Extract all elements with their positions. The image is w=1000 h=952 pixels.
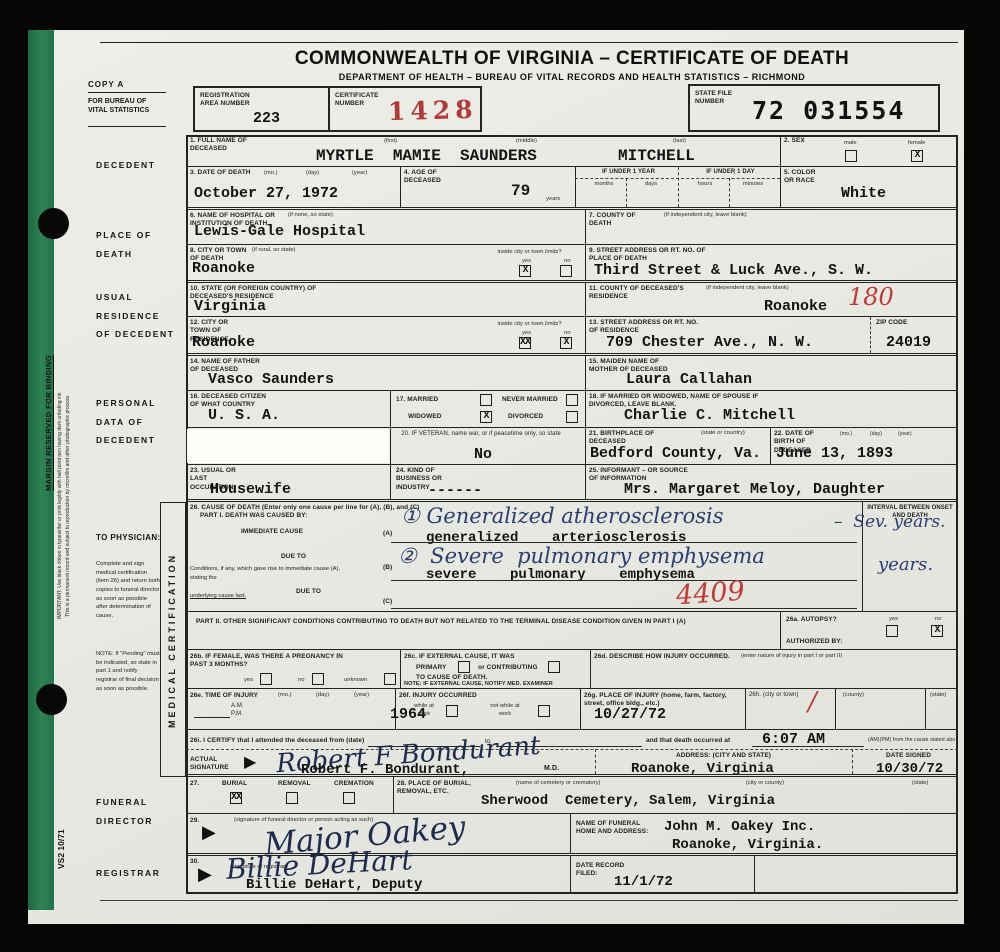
removal-caption: REMOVAL	[278, 780, 311, 788]
hours-caption: hours	[684, 181, 726, 189]
registration-area-box: REGISTRATION AREA NUMBER 223	[193, 86, 330, 132]
certificate-title: COMMONWEALTH OF VIRGINIA – CERTIFICATE O…	[186, 48, 958, 70]
line-a-caption: (A)	[383, 530, 392, 538]
autopsy-no-checkbox: X	[931, 625, 943, 637]
medical-certification-label: MEDICAL CERTIFICATION	[167, 509, 177, 772]
row-certification: 26i. I CERTIFY that I attended the decea…	[186, 730, 958, 777]
red-slash-handwritten: /	[808, 687, 817, 717]
inj-mo-caption: (mo.)	[278, 692, 292, 700]
funeral-home-label: NAME OF FUNERAL HOME AND ADDRESS:	[576, 820, 656, 837]
external-cause-note: NOTE: IF EXTERNAL CAUSE, NOTIFY MED. EXA…	[404, 681, 553, 688]
dob-year-caption: (year)	[898, 431, 912, 438]
row-cause-of-death: 26. CAUSE OF DEATH (Enter only one cause…	[186, 502, 958, 612]
punch-hole-top	[38, 208, 69, 239]
physician-address-value: Roanoke, Virginia	[631, 761, 774, 777]
divorced-checkbox	[566, 411, 578, 423]
field4-label: 4. AGE OF DECEASED	[404, 169, 454, 186]
margin-important-line1: IMPORTANT: Use black ribbon in typewrite…	[57, 278, 63, 733]
limits-no-checkbox	[560, 265, 572, 277]
female-caption: female	[908, 140, 925, 148]
inj-state-caption: (state)	[930, 692, 946, 700]
funeral-home-line2: Roanoke, Virginia.	[672, 837, 823, 853]
actual-signature-label: ACTUAL SIGNATURE	[190, 756, 235, 773]
row-city-of-death: 8. CITY OR TOWN OF DEATH (if rural, so s…	[186, 245, 958, 283]
residence-county-value: Roanoke	[764, 298, 827, 315]
burial-place-value: Sherwood Cemetery, Salem, Virginia	[481, 793, 775, 809]
limits-question-death: inside city or town limits?	[482, 249, 577, 257]
divorced-caption: DIVORCED	[508, 413, 543, 421]
full-name-value: MYRTLE MAMIE SAUNDERS	[316, 147, 537, 165]
spouse-value: Charlie C. Mitchell	[624, 407, 795, 424]
autopsy-no-caption: no	[935, 616, 941, 624]
registrar-name-typed: Billie DeHart, Deputy	[246, 877, 422, 893]
primary-checkbox	[458, 661, 470, 673]
field7-note: (if independent city, leave blank)	[664, 212, 747, 220]
zip-label: ZIP CODE	[876, 319, 907, 327]
male-checkbox	[845, 150, 857, 162]
row-full-name: 1. FULL NAME OF DECEASED (first) (middle…	[186, 135, 958, 167]
burial-checkbox: XX	[230, 792, 242, 804]
male-caption: male	[844, 140, 857, 148]
mother-value: Laura Callahan	[626, 371, 752, 388]
limits-yes-checkbox: X	[519, 265, 531, 277]
widowed-caption: WIDOWED	[408, 413, 442, 421]
field21-note: (state or country)	[701, 430, 745, 438]
preg-unknown-checkbox	[384, 673, 396, 685]
margin-important-line2: This is a permanent record and subject t…	[65, 278, 71, 733]
informant-value: Mrs. Margaret Meloy, Daughter	[624, 481, 885, 498]
field8-note: (if rural, so state)	[252, 247, 296, 255]
side-label-registrar: REGISTRAR	[96, 864, 160, 883]
age-value: 79	[511, 182, 530, 200]
date-signed-value: 10/30/72	[876, 761, 943, 777]
preg-no-checkbox	[312, 673, 324, 685]
date-of-death-value: October 27, 1972	[194, 185, 338, 202]
bottom-rule	[100, 900, 958, 901]
field28-label: 28. PLACE OF BURIAL, REMOVAL, ETC.	[397, 780, 487, 797]
street-of-death-value: Third Street & Luck Ave., S. W.	[594, 262, 873, 279]
preg-no-caption: no	[298, 677, 304, 685]
physician-name-typed: Robert F. Bondurant,	[301, 762, 469, 778]
row-residence-state: 10. STATE (OR FOREIGN COUNTRY) OF DECEAS…	[186, 283, 958, 317]
inj-day-caption: (day)	[316, 692, 329, 700]
field27-label: 27.	[190, 780, 199, 788]
field29-label: 29.	[190, 817, 199, 825]
funeral-home-line1: John M. Oakey Inc.	[664, 819, 815, 835]
row-injury: 26e. TIME OF INJURY (mo.) (day) (year) A…	[186, 689, 958, 730]
months-caption: months	[584, 181, 624, 189]
am-caption: A.M.	[231, 703, 244, 711]
occurred-at-caption: and that death occurred at	[646, 737, 730, 745]
immediate-cause-label: IMMEDIATE CAUSE	[241, 528, 303, 536]
business-value: ------	[428, 482, 482, 499]
row-marital: 16. DECEASED CITIZEN OF WHAT COUNTRY U. …	[186, 391, 958, 428]
field26d-note: (enter nature of injury in part I or par…	[741, 653, 842, 661]
interval-b-handwritten: years.	[878, 554, 933, 575]
pending-note: NOTE: If "Pending" must be indicated, so…	[96, 650, 160, 693]
hospital-value: Lewis-Gale Hospital	[194, 223, 365, 240]
citizen-value: U. S. A.	[208, 407, 280, 424]
field1-label: 1. FULL NAME OF DECEASED	[190, 137, 260, 154]
row-hospital: 6. NAME OF HOSPITAL OR INSTITUTION OF DE…	[186, 210, 958, 245]
certificate-number-stamp: 1428	[388, 95, 478, 126]
field11-note: (if independent city, leave blank)	[706, 285, 789, 293]
interval-a-handwritten: – Sev. years.	[834, 512, 945, 532]
attended-to-value: 10/27/72	[594, 706, 666, 723]
row-residence-city: 12. CITY OR TOWN OF RESIDENCE Roanoke in…	[186, 317, 958, 356]
minutes-caption: minutes	[731, 181, 775, 189]
side-label-funeral-director: FUNERAL DIRECTOR	[96, 793, 166, 830]
years-caption: years	[546, 196, 560, 204]
redacted-field19	[187, 429, 389, 463]
not-while-at-work-checkbox	[538, 705, 550, 717]
not-while-at-work-caption: not while at work	[486, 703, 524, 718]
certificate-number-label: CERTIFICATE NUMBER	[335, 92, 385, 109]
part1-label: PART I. DEATH WAS CAUSED BY:	[200, 512, 308, 520]
field20-label: 20. IF VETERAN, name war, or if peacetim…	[401, 431, 561, 439]
ampm-note: (AM)(PM) from the cause stated abo	[868, 737, 955, 744]
field28-note2: (city or county)	[746, 780, 784, 788]
field3-label: 3. DATE OF DEATH	[190, 169, 251, 177]
day-caption: (day)	[306, 170, 319, 178]
conditions-note-underlined: underlying cause last.	[190, 592, 246, 601]
date-filed-value: 11/1/72	[614, 874, 673, 890]
removal-checkbox	[286, 792, 298, 804]
days-caption: days	[631, 181, 671, 189]
field7-label: 7. COUNTY OF DEATH	[589, 212, 644, 229]
residence-county-code-handwritten: 180	[848, 283, 894, 311]
due-to-2: DUE TO	[296, 588, 321, 596]
copy-for-line1: FOR BUREAU OF	[88, 98, 146, 105]
burial-caption: BURIAL	[222, 780, 247, 788]
zip-value: 24019	[886, 334, 931, 351]
last-caption: (last)	[673, 138, 686, 146]
inj-year-caption: (year)	[354, 692, 369, 700]
side-label-to-physician: TO PHYSICIAN:	[96, 533, 166, 544]
under-1-day-label: IF UNDER 1 DAY	[683, 169, 778, 177]
certificate-subtitle: DEPARTMENT OF HEALTH – BUREAU OF VITAL R…	[186, 72, 958, 82]
residence-city-value: Roanoke	[192, 334, 255, 351]
field6-note: (if none, so state)	[288, 212, 333, 220]
race-value: White	[841, 185, 886, 202]
field26b-label: 26b. IF FEMALE, WAS THERE A PREGNANCY IN…	[190, 653, 360, 670]
side-label-personal-data: PERSONAL DATA OF DECEDENT	[96, 394, 170, 450]
field26h-label: 26h. (city or town)	[749, 692, 799, 700]
state-file-label: STATE FILE NUMBER	[695, 90, 740, 107]
copy-label: COPY A	[88, 80, 124, 89]
row-burial: 27. BURIAL REMOVAL CREMATION XX 28. PLAC…	[186, 777, 958, 814]
married-checkbox	[480, 394, 492, 406]
primary-caption: PRIMARY	[416, 664, 446, 672]
dob-value: June 13, 1893	[776, 445, 893, 462]
veteran-value: No	[474, 446, 492, 463]
row-part2-autopsy: PART II. OTHER SIGNIFICANT CONDITIONS CO…	[186, 612, 958, 650]
row-occupation: 23. USUAL OR LAST OCCUPATION Housewife 2…	[186, 465, 958, 502]
preg-unknown-caption: unknown	[344, 677, 367, 685]
field26e-label: 26e. TIME OF INJURY	[190, 692, 258, 700]
middle-caption: (middle)	[516, 138, 537, 146]
field28-note3: (state)	[912, 780, 928, 788]
cremation-checkbox	[343, 792, 355, 804]
certificate-number-box: CERTIFICATE NUMBER 1428	[328, 86, 482, 132]
year-caption: (year)	[352, 170, 367, 178]
preg-yes-checkbox	[260, 673, 272, 685]
first-caption: (first)	[384, 138, 397, 146]
line-b-caption: (B)	[383, 564, 392, 572]
row-birth: 20. IF VETERAN, name war, or if peacetim…	[186, 428, 958, 465]
cause-b-handwritten: ② Severe pulmonary emphysema	[398, 544, 765, 568]
death-certificate-scan: { "glyphs": { "pointer": "▶" }, "header"…	[0, 0, 1000, 952]
dob-day-caption: (day)	[870, 431, 882, 438]
address-label: ADDRESS: (CITY AND STATE)	[676, 752, 771, 760]
city-of-death-value: Roanoke	[192, 260, 255, 277]
registration-area-label: REGISTRATION AREA NUMBER	[200, 92, 255, 109]
margin-binding-text: MARGIN RESERVED FOR BINDING	[44, 250, 53, 595]
part2-label: PART II. OTHER SIGNIFICANT CONDITIONS CO…	[196, 618, 756, 626]
field26f-label: 26f. INJURY OCCURRED	[399, 692, 477, 700]
limits-question-residence: inside city or town limits?	[482, 321, 577, 329]
date-signed-label: DATE SIGNED	[886, 752, 931, 760]
field5-label: 5. COLOR OR RACE	[784, 169, 824, 186]
signature-pointer-icon: ▶	[244, 752, 256, 772]
autopsy-yes-caption: yes	[889, 616, 898, 624]
father-value: Vasco Saunders	[208, 371, 334, 388]
side-label-decedent: DECEDENT	[96, 156, 156, 175]
res-limits-no-checkbox: X	[560, 337, 572, 349]
mo-caption: (mo.)	[264, 170, 278, 178]
row-pregnancy-external: 26b. IF FEMALE, WAS THERE A PREGNANCY IN…	[186, 650, 958, 689]
field11-label: 11. COUNTY OF DECEASED'S RESIDENCE	[589, 285, 684, 302]
md-caption: M.D.	[544, 764, 559, 773]
autopsy-yes-checkbox	[886, 625, 898, 637]
res-limits-yes-checkbox: XX	[519, 337, 531, 349]
side-label-place-of-death: PLACE OF DEATH	[96, 226, 158, 263]
row-registrar: 30. ▶ (signature of registrar) Billie De…	[186, 856, 958, 894]
copy-rule-1	[88, 92, 166, 93]
female-checkbox: X	[911, 150, 923, 162]
copy-rule-2	[88, 126, 166, 127]
cause-a-handwritten: ① Generalized atherosclerosis	[401, 504, 724, 528]
attended-from-value: 1964	[390, 706, 426, 723]
state-file-box: STATE FILE NUMBER 72 031554	[688, 84, 940, 132]
registration-area-number: 223	[253, 110, 280, 127]
dob-mo-caption: (mo.)	[840, 431, 852, 438]
field26a-label: 26a. AUTOPSY?	[786, 616, 837, 624]
field2-label: 2. SEX	[784, 137, 805, 145]
residence-street-value: 709 Chester Ave., N. W.	[606, 334, 813, 351]
form-code: VS2 10/71	[56, 812, 66, 886]
authorized-by-label: AUTHORIZED BY:	[786, 638, 843, 646]
preg-yes-caption: yes	[244, 677, 253, 685]
director-pointer-icon: ▶	[202, 822, 216, 843]
line-c-caption: (C)	[383, 598, 392, 606]
top-rule	[100, 42, 958, 43]
birthplace-value: Bedford County, Va.	[590, 445, 761, 462]
code-4409-handwritten: 4409	[675, 576, 746, 612]
conditions-note: Conditions, if any, which gave rise to i…	[190, 565, 348, 582]
married-caption: 17. MARRIED	[396, 396, 438, 404]
pm-caption: P.M.	[231, 711, 243, 719]
due-to-1: DUE TO	[281, 553, 306, 561]
side-label-usual-residence: USUAL RESIDENCE OF DECEDENT	[96, 288, 176, 344]
surname-value: MITCHELL	[618, 147, 695, 165]
to-physician-instructions: Complete and sign medical certification …	[96, 560, 160, 621]
copy-for-line2: VITAL STATISTICS	[88, 107, 149, 114]
registrar-pointer-icon: ▶	[198, 864, 212, 885]
never-married-checkbox	[566, 394, 578, 406]
while-at-work-checkbox	[446, 705, 458, 717]
cremation-caption: CREMATION	[334, 780, 374, 788]
contributing-caption: or CONTRIBUTING	[478, 664, 538, 672]
state-file-number: 72 031554	[752, 96, 905, 125]
under-1-year-label: IF UNDER 1 YEAR	[581, 169, 676, 177]
row-parents: 14. NAME OF FATHER OF DECEASED Vasco Sau…	[186, 356, 958, 391]
widowed-checkbox: X	[480, 411, 492, 423]
residence-state-value: Virginia	[194, 298, 266, 315]
row-date-of-death: 3. DATE OF DEATH (mo.) (day) (year) Octo…	[186, 167, 958, 210]
field28-note1: (name of cemetery or crematory)	[516, 780, 600, 788]
inj-county-caption: (county)	[843, 692, 864, 700]
field26d-label: 26d. DESCRIBE HOW INJURY OCCURRED.	[594, 653, 730, 661]
never-married-caption: NEVER MARRIED	[502, 396, 558, 404]
occupation-value: Housewife	[210, 481, 291, 498]
contributing-checkbox	[548, 661, 560, 673]
medical-certification-strip: MEDICAL CERTIFICATION	[160, 502, 186, 777]
